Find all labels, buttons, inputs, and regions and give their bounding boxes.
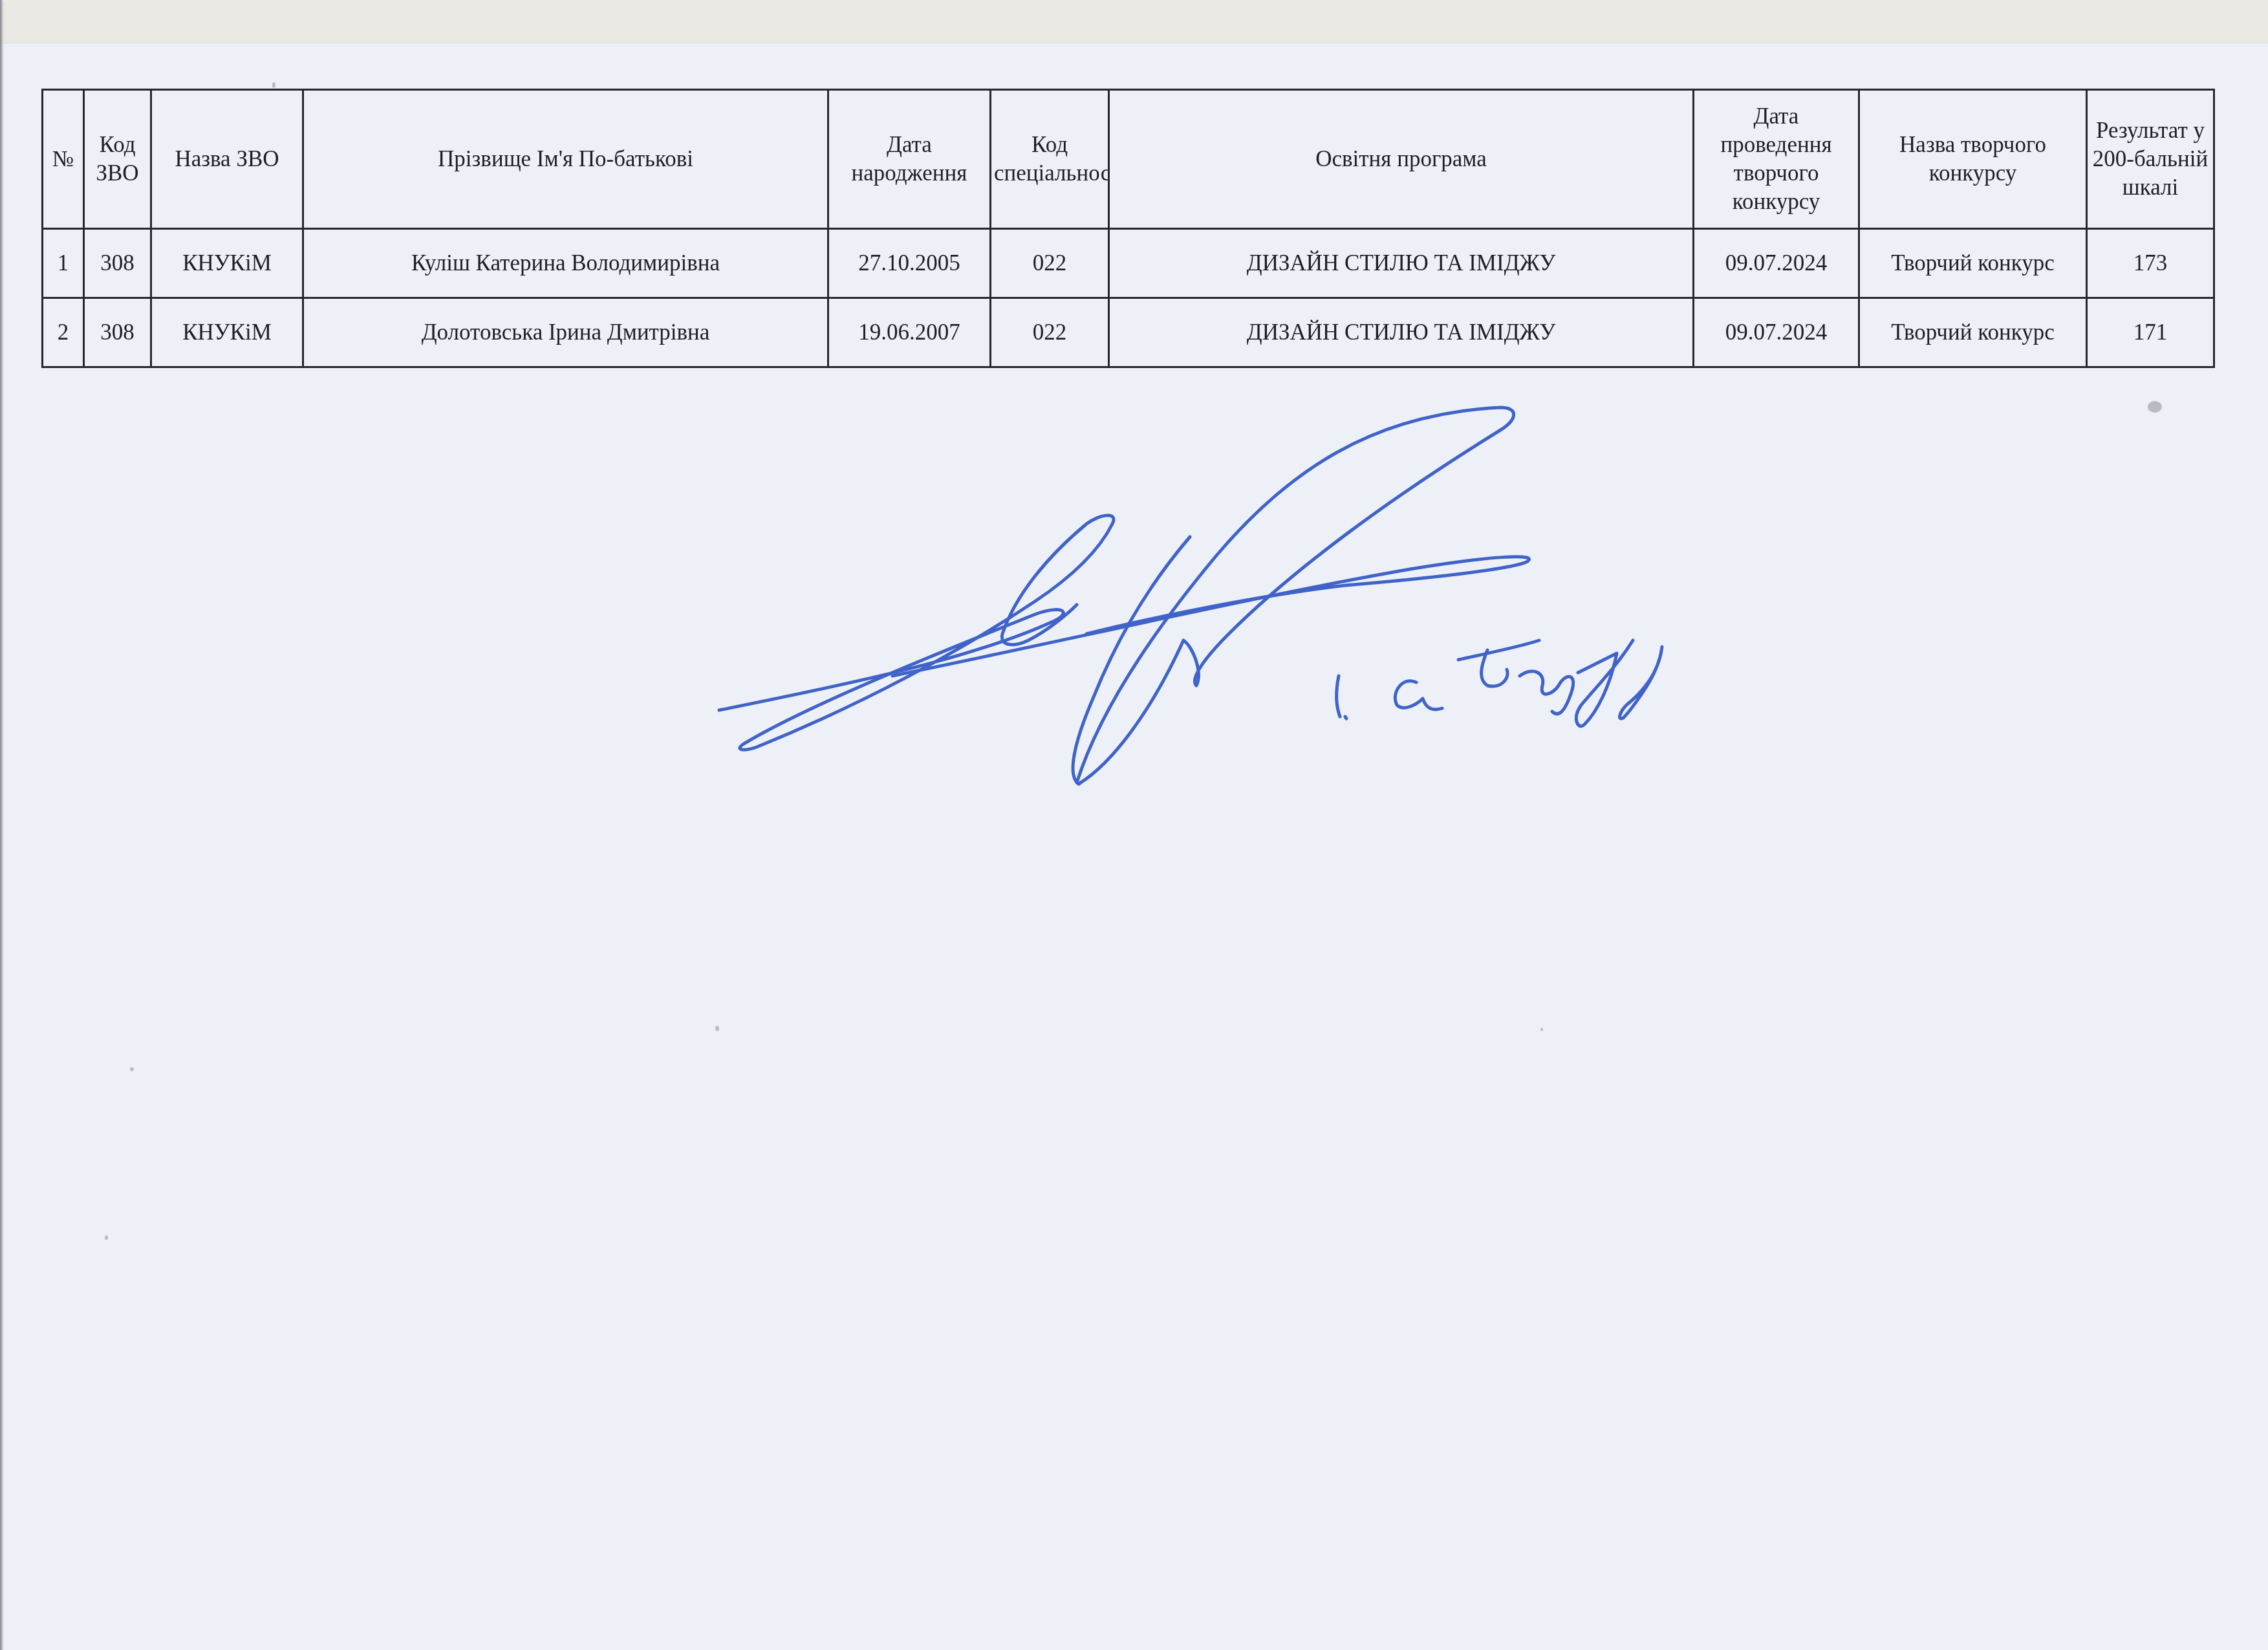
scan-speck [1540, 1028, 1543, 1031]
signature-icon [0, 0, 2268, 1650]
scan-speck [715, 1026, 719, 1031]
scan-speck [272, 82, 275, 88]
scan-speck [105, 1235, 108, 1240]
scan-speck [130, 1067, 134, 1071]
scan-speck [2148, 401, 2162, 413]
